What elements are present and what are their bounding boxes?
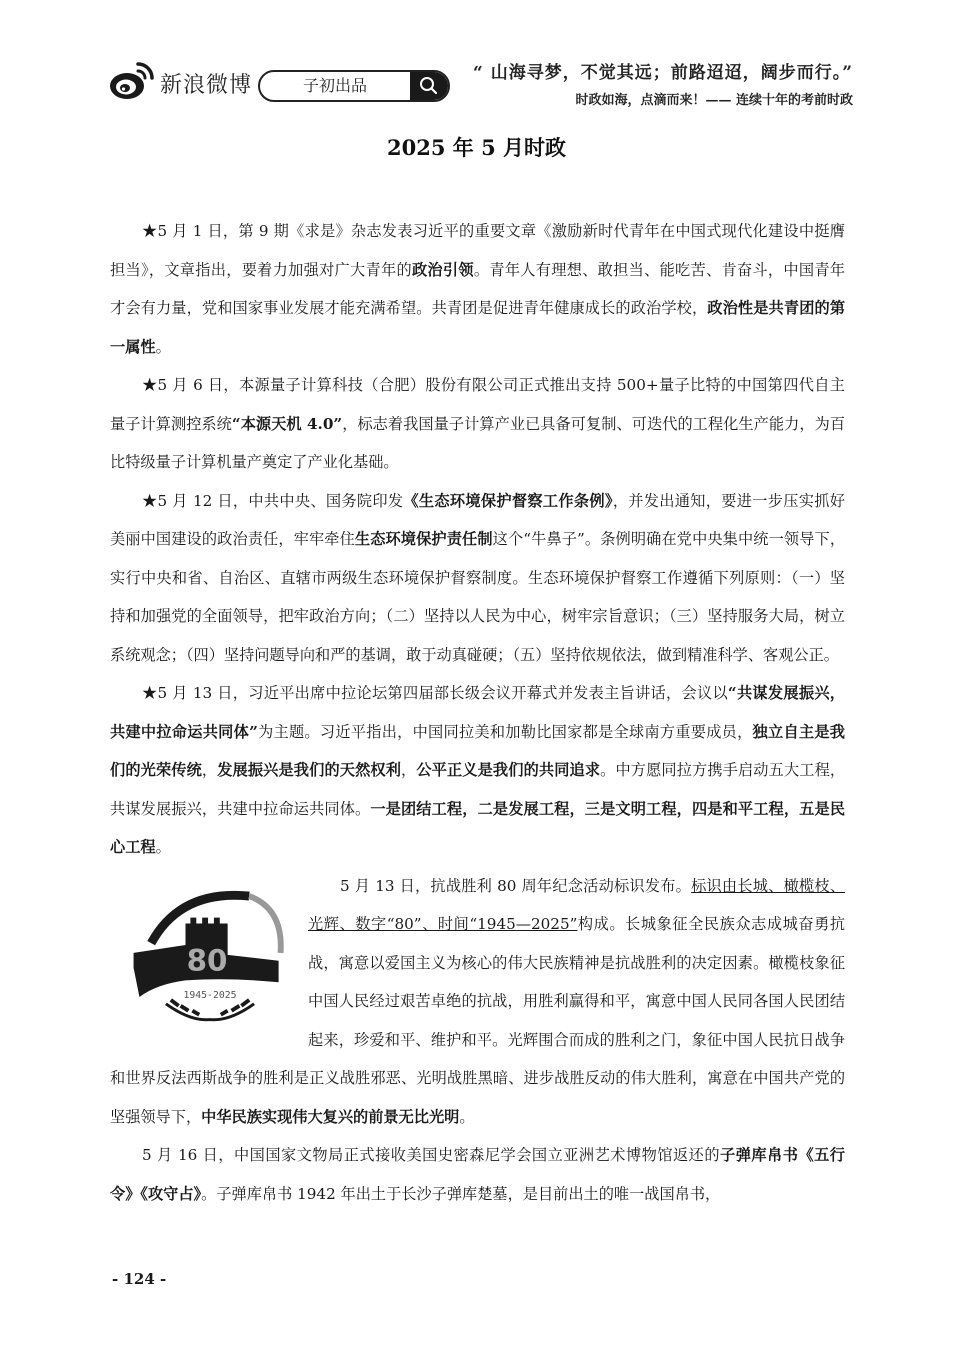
brand-name: 新浪微博 bbox=[160, 68, 252, 99]
text-segment: 。 bbox=[459, 1108, 474, 1126]
bold-text-segment: 生态环境保护责任制 bbox=[355, 530, 493, 548]
bold-text-segment: “本源天机 4.0” bbox=[232, 415, 342, 433]
search-box: 子初出品 bbox=[258, 70, 450, 102]
text-segment: ， bbox=[401, 761, 416, 779]
text-segment: 5 月 16 日，中国国家文物局正式接收美国史密森尼学会国立亚洲艺术博物馆返还的 bbox=[142, 1146, 720, 1164]
paragraph: ★5 月 6 日，本源量子计算科技（合肥）股份有限公司正式推出支持 500+量子… bbox=[110, 366, 845, 482]
paragraph: ★5 月 13 日，习近平出席中拉论坛第四届部长级会议开幕式并发表主旨讲话，会议… bbox=[110, 674, 845, 867]
page-header: 新浪微博 子初出品 “ 山海寻梦，不觉其远；前路迢迢，阔步而行。” 时政如海，点… bbox=[0, 0, 953, 120]
text-segment: 5 月 13 日，抗战胜利 80 周年纪念活动标识发布。 bbox=[340, 877, 691, 895]
motto: “ 山海寻梦，不觉其远；前路迢迢，阔步而行。” 时政如海，点滴而来！—— 连续十… bbox=[473, 58, 853, 108]
page-number: - 124 - bbox=[112, 1270, 166, 1288]
bold-text-segment: 发展振兴是我们的天然权利 bbox=[217, 761, 401, 779]
paragraph: 5 月 16 日，中国国家文物局正式接收美国史密森尼学会国立亚洲艺术博物馆返还的… bbox=[110, 1136, 845, 1213]
text-segment: ★5 月 13 日，习近平出席中拉论坛第四届部长级会议开幕式并发表主旨讲话，会议… bbox=[142, 684, 728, 702]
paragraph: ★5 月 12 日，中共中央、国务院印发《生态环境保护督察工作条例》，并发出通知… bbox=[110, 482, 845, 675]
emblem-number: 80 bbox=[187, 943, 228, 977]
emblem-section: 80 1945-2025 5 月 13 日，抗战胜利 80 周年纪念活动标识发布… bbox=[110, 867, 845, 1137]
bold-text-segment: 《生态环境保护督察工作条例》 bbox=[403, 492, 612, 510]
text-segment: 。 bbox=[156, 338, 171, 356]
bold-text-segment: 中华民族实现伟大复兴的前景无比光明 bbox=[201, 1108, 459, 1126]
search-icon bbox=[410, 72, 448, 100]
emblem-years: 1945-2025 bbox=[183, 989, 236, 1000]
text-segment: 。 bbox=[156, 838, 171, 856]
paragraph: ★5 月 1 日，第 9 期《求是》杂志发表习近平的重要文章《激励新时代青年在中… bbox=[110, 212, 845, 366]
text-segment: 为主题。习近平指出，中国同拉美和加勒比国家都是全球南方重要成员， bbox=[258, 723, 753, 741]
search-box-text: 子初出品 bbox=[260, 72, 410, 100]
page-title: 2025 年 5 月时政 bbox=[0, 132, 953, 162]
text-segment: ， bbox=[202, 761, 217, 779]
text-segment: 这个“牛鼻子”。条例明确在党中央集中统一领导下，实行中央和省、自治区、直辖市两级… bbox=[110, 530, 845, 664]
bold-text-segment: 公平正义是我们的共同追求 bbox=[416, 761, 600, 779]
weibo-logo-icon bbox=[108, 60, 156, 102]
anniversary-emblem-icon: 80 1945-2025 bbox=[112, 873, 308, 1023]
motto-line-2: 时政如海，点滴而来！—— 连续十年的考前时政 bbox=[473, 89, 853, 108]
document-body: ★5 月 1 日，第 9 期《求是》杂志发表习近平的重要文章《激励新时代青年在中… bbox=[110, 212, 845, 1213]
bold-text-segment: 政治引领 bbox=[412, 261, 474, 279]
text-segment: 。子弹库帛书 1942 年出土于长沙子弹库楚墓，是目前出土的唯一战国帛书， bbox=[201, 1185, 720, 1203]
text-segment: ★5 月 12 日，中共中央、国务院印发 bbox=[142, 492, 403, 510]
motto-line-1: “ 山海寻梦，不觉其远；前路迢迢，阔步而行。” bbox=[473, 58, 853, 83]
search-button bbox=[410, 72, 448, 100]
